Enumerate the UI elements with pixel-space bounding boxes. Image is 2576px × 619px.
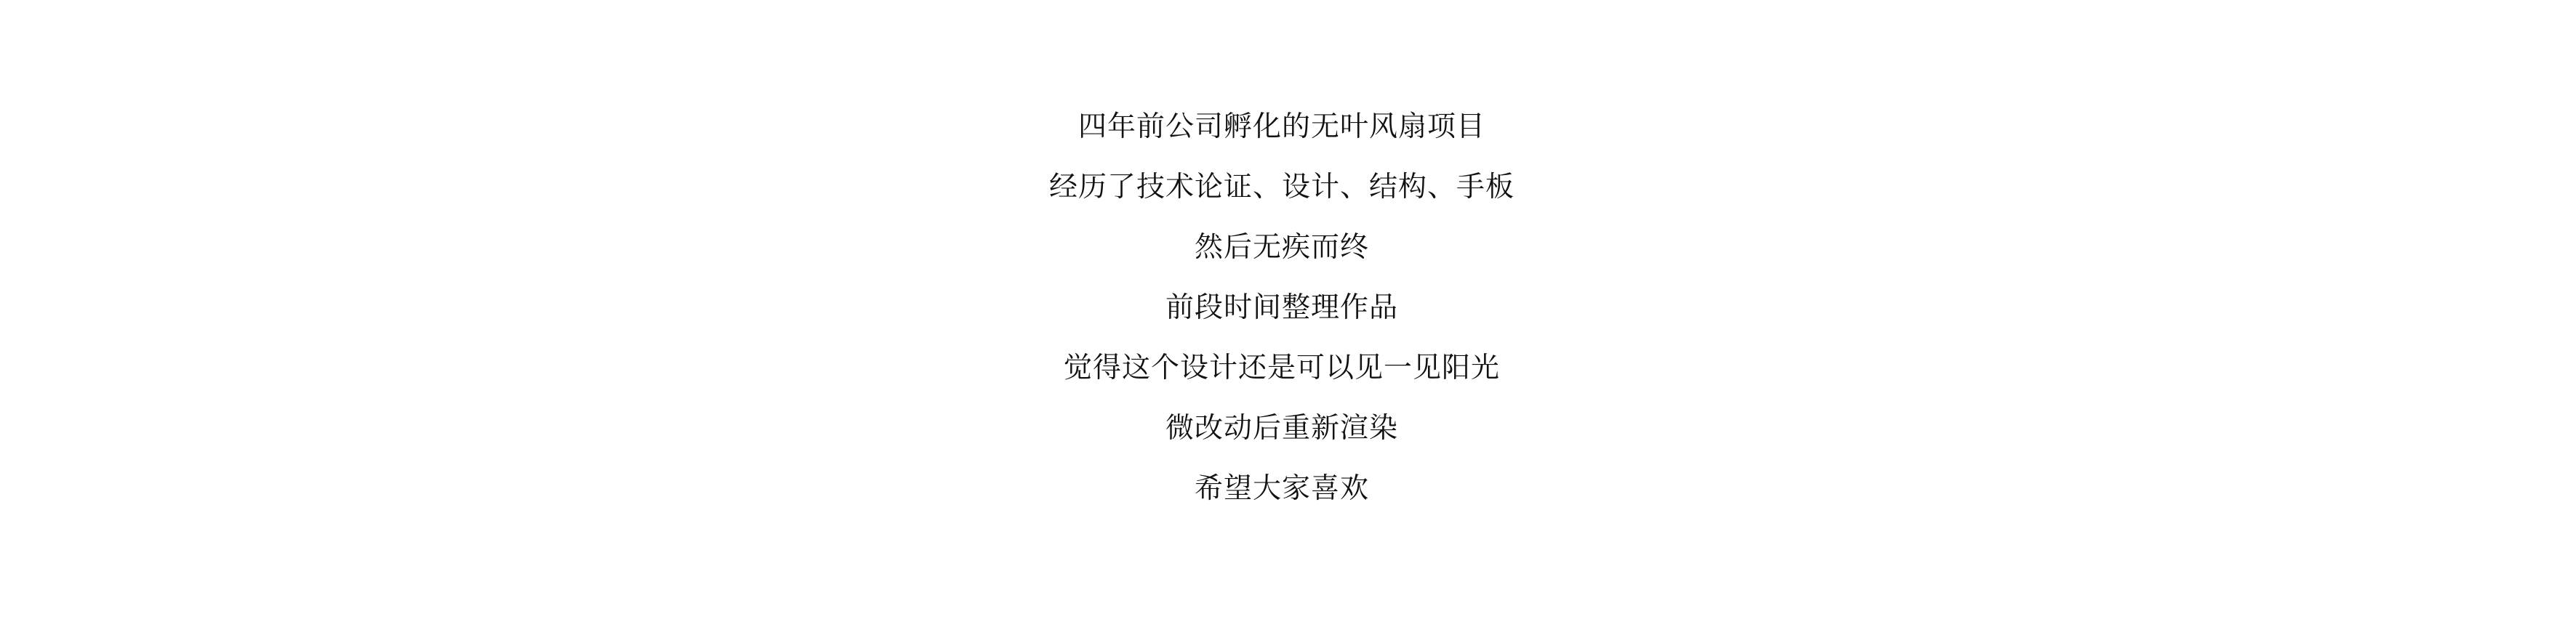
caption-line-5: 觉得这个设计还是可以见一见阳光 (0, 338, 2564, 398)
caption-line-4: 前段时间整理作品 (0, 278, 2564, 338)
caption-line-1: 四年前公司孵化的无叶风扇项目 (0, 97, 2564, 157)
caption-line-7: 希望大家喜欢 (0, 458, 2564, 519)
caption-line-6: 微改动后重新渲染 (0, 398, 2564, 458)
caption-line-2: 经历了技术论证、设计、结构、手板 (0, 157, 2564, 217)
caption-block: 四年前公司孵化的无叶风扇项目 经历了技术论证、设计、结构、手板 然后无疾而终 前… (0, 97, 2564, 519)
caption-line-3: 然后无疾而终 (0, 217, 2564, 278)
